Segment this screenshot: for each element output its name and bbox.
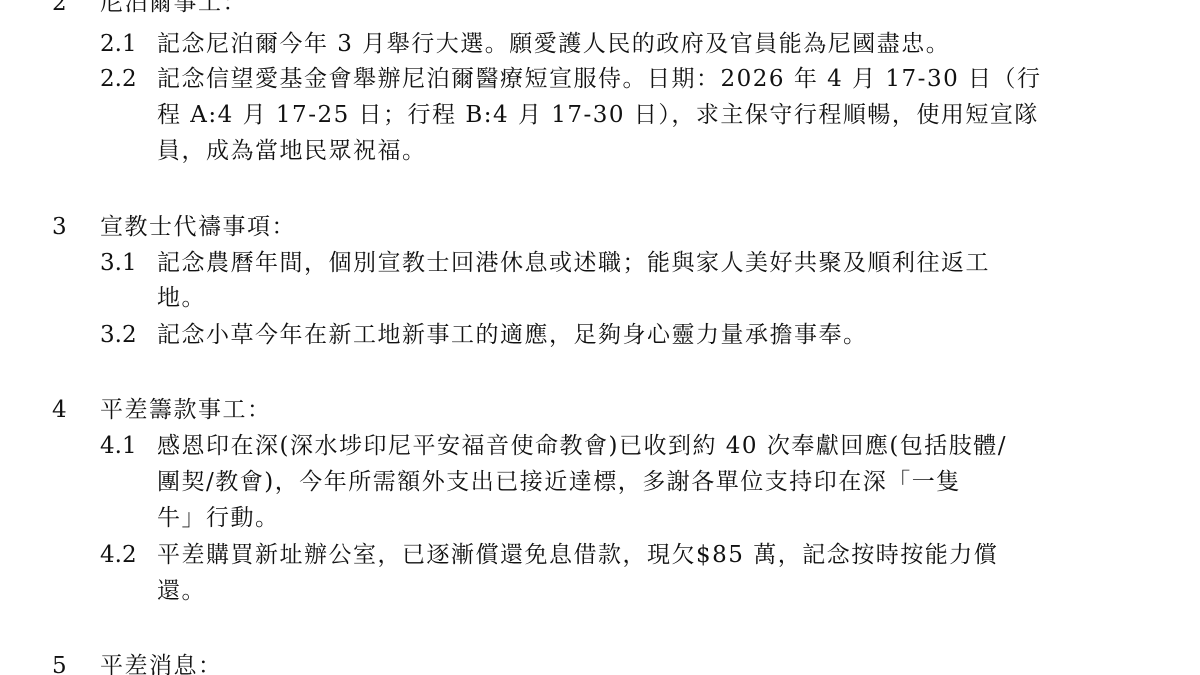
item-text: 平差購買新址辦公室，已逐漸償還免息借款，現欠$85 萬，記念按時按能力償	[157, 538, 998, 572]
section-number: 3	[52, 210, 67, 244]
item-text: 記念小草今年在新工地新事工的適應，足夠身心靈力量承擔事奉。	[157, 318, 868, 352]
item-text: 感恩印在深(深水埗印尼平安福音使命教會)已收到約 40 次奉獻回應(包括肢體/	[157, 429, 1007, 463]
item-text: 牛」行動。	[157, 501, 280, 535]
item-text: 還。	[157, 574, 206, 608]
item-text: 員，成為當地民眾祝福。	[157, 134, 427, 168]
section-number: 4	[52, 393, 67, 427]
item-text: 團契/教會)，今年所需額外支出已接近達標，多謝各單位支持印在深「一隻	[157, 465, 961, 499]
section-title: 平差籌款事工：	[100, 393, 272, 427]
item-text: 記念尼泊爾今年 3 月舉行大選。願愛護人民的政府及官員能為尼國盡忠。	[157, 27, 950, 61]
item-text: 記念信望愛基金會舉辦尼泊爾醫療短宣服侍。日期：2026 年 4 月 17-30 …	[157, 62, 1042, 96]
item-text: 記念農曆年間，個別宣教士回港休息或述職；能與家人美好共聚及順利往返工	[157, 246, 990, 280]
section-title: 平差消息：	[100, 649, 223, 675]
item-number: 4.2	[100, 538, 137, 572]
section-number: 2	[52, 0, 67, 20]
item-text: 程 A:4 月 17-25 日；行程 B:4 月 17-30 日），求主保守行程…	[157, 98, 1039, 132]
item-number: 3.1	[100, 246, 137, 280]
section-title: 尼泊爾事工：	[100, 0, 247, 20]
section-number: 5	[52, 649, 67, 675]
item-number: 3.2	[100, 318, 137, 352]
item-number: 4.1	[100, 429, 137, 463]
item-number: 2.2	[100, 62, 137, 96]
item-text: 地。	[157, 281, 206, 315]
section-title: 宣教士代禱事項：	[100, 210, 296, 244]
item-number: 2.1	[100, 27, 137, 61]
